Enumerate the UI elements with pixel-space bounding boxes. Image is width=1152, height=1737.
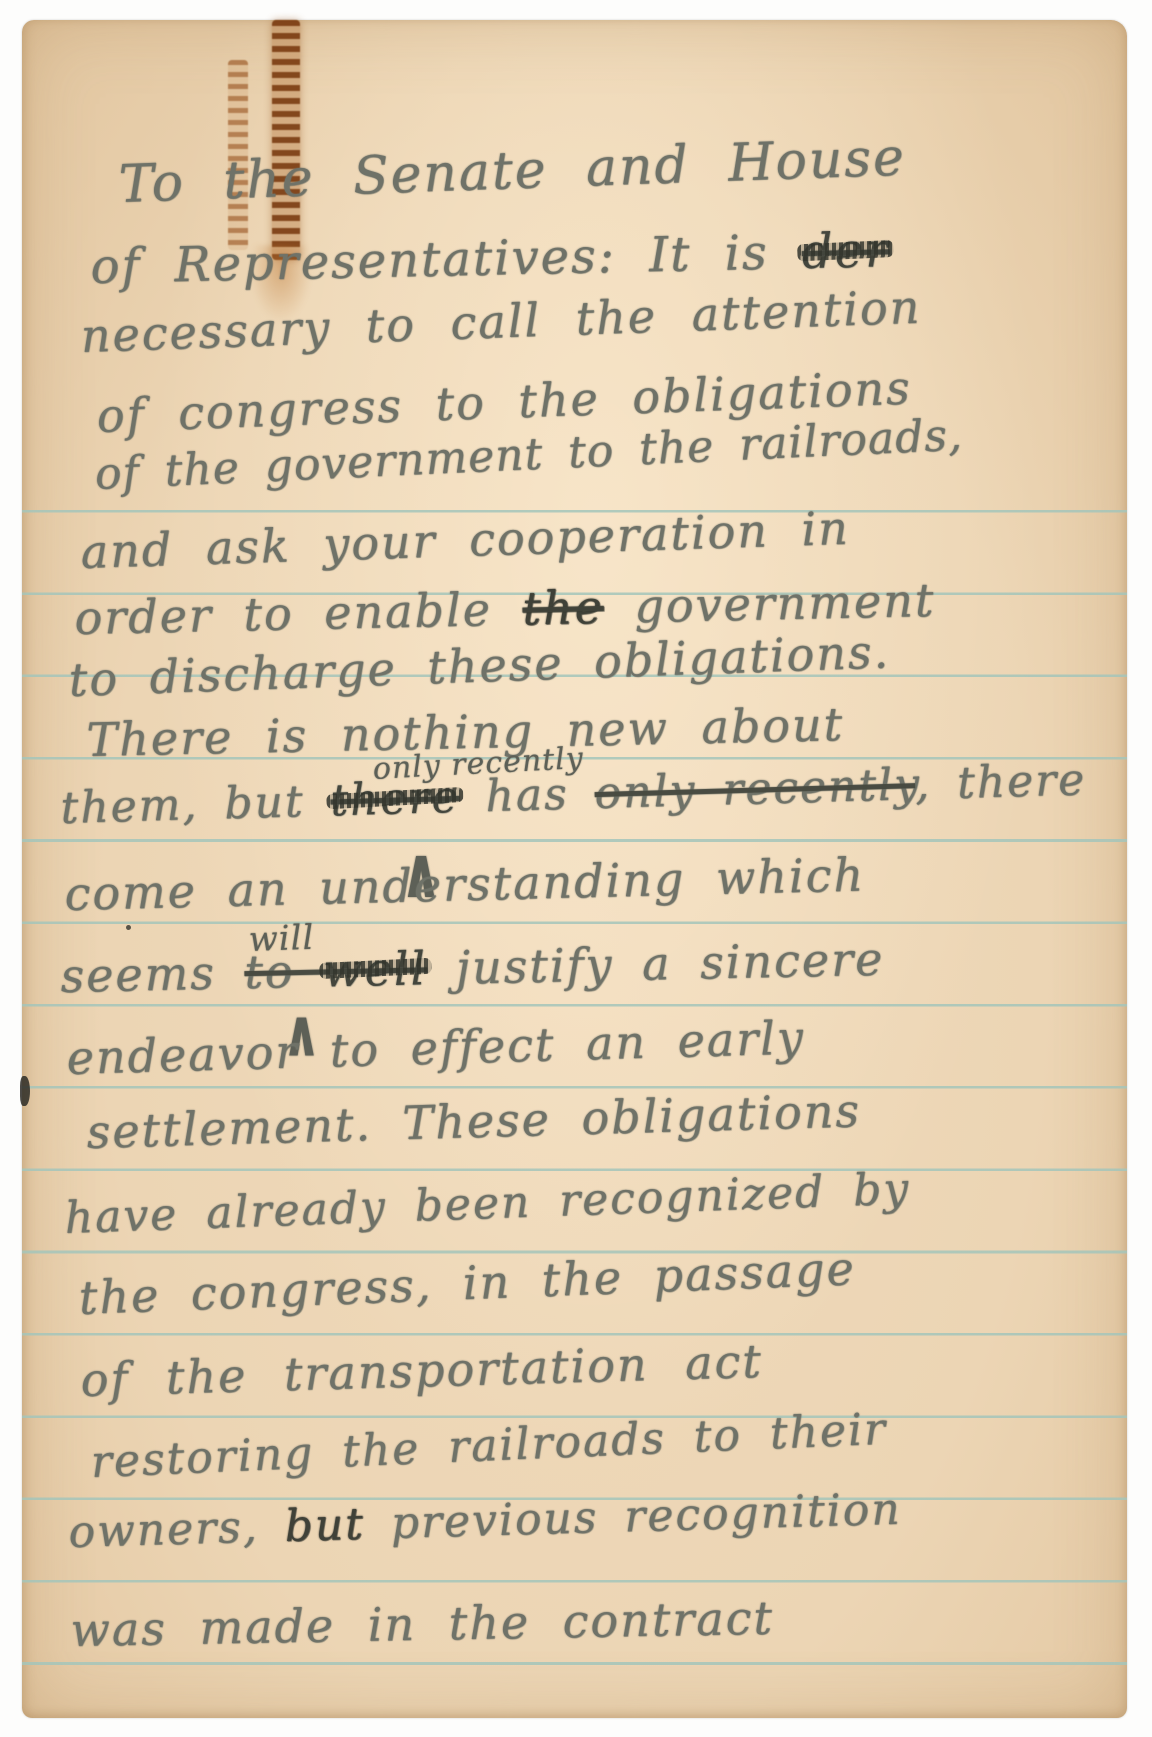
manuscript-line-12: seems to well justify a sincere (60, 935, 885, 1001)
struck-out-word: to (244, 943, 324, 999)
manuscript-line-19: owners, but previous recognition (68, 1487, 902, 1556)
manuscript-line-15: have already been recognized by (64, 1166, 911, 1242)
manuscript-line-13: endeavor to effect an early (66, 1013, 805, 1082)
manuscript-line-1: To the Senate and House (118, 131, 907, 213)
handwriting-segment: settlement. These obligations (86, 1083, 862, 1159)
handwriting-segment: was made in the contract (70, 1591, 774, 1657)
photo-background: To the Senate and House of Representativ… (0, 0, 1152, 1737)
handwriting-segment: justify a sincere (427, 932, 885, 996)
manuscript-line-3: necessary to call the attention (80, 283, 922, 361)
handwriting-segment: come an understanding which (64, 847, 866, 921)
handwriting-segment: and ask your cooperation in (80, 501, 851, 579)
struck-out-word: der (801, 222, 890, 280)
manuscript-line-16: the congress, in the passage (78, 1244, 857, 1322)
handwriting-segment: previous recognition (364, 1484, 902, 1550)
manuscript-line-10: them, but there has only recently, there (60, 757, 1087, 832)
manuscript-line-18: restoring the railroads to their (90, 1407, 888, 1487)
handwriting-segment: has (459, 768, 595, 823)
manuscript-text-layer: To the Senate and House of Representativ… (0, 0, 1152, 1737)
struck-out-word: well (323, 941, 428, 997)
handwriting-segment: of the transportation act (80, 1334, 764, 1407)
handwriting-segment: them, but (60, 775, 331, 834)
handwriting-segment: owners, (68, 1501, 285, 1558)
manuscript-line-11: come an understanding which (64, 850, 866, 918)
manuscript-line-20: was made in the contract (70, 1594, 774, 1655)
overwritten-word: the (522, 580, 604, 636)
handwriting-segment: To the Senate and House (118, 128, 907, 215)
handwriting-segment: restoring the railroads to their (90, 1404, 888, 1488)
handwriting-segment: of Representatives: It is (90, 224, 802, 295)
handwriting-segment: order to enable (74, 582, 523, 645)
manuscript-line-17: of the transportation act (80, 1337, 763, 1404)
handwriting-segment: have already been recognized by (64, 1163, 911, 1243)
manuscript-line-2: of Representatives: It is der (90, 225, 890, 292)
manuscript-line-14: settlement. These obligations (86, 1086, 862, 1156)
handwriting-segment: seems (60, 945, 245, 1003)
struck-out-word: there (330, 772, 461, 827)
manuscript-line-6: and ask your cooperation in (80, 504, 850, 576)
struck-out-phrase: only recently (594, 759, 916, 819)
handwriting-segment: the congress, in the passage (78, 1241, 857, 1325)
handwriting-segment: , there (914, 754, 1086, 810)
overwritten-word: but (284, 1499, 366, 1552)
handwriting-segment: endeavor to effect an early (66, 1010, 806, 1085)
